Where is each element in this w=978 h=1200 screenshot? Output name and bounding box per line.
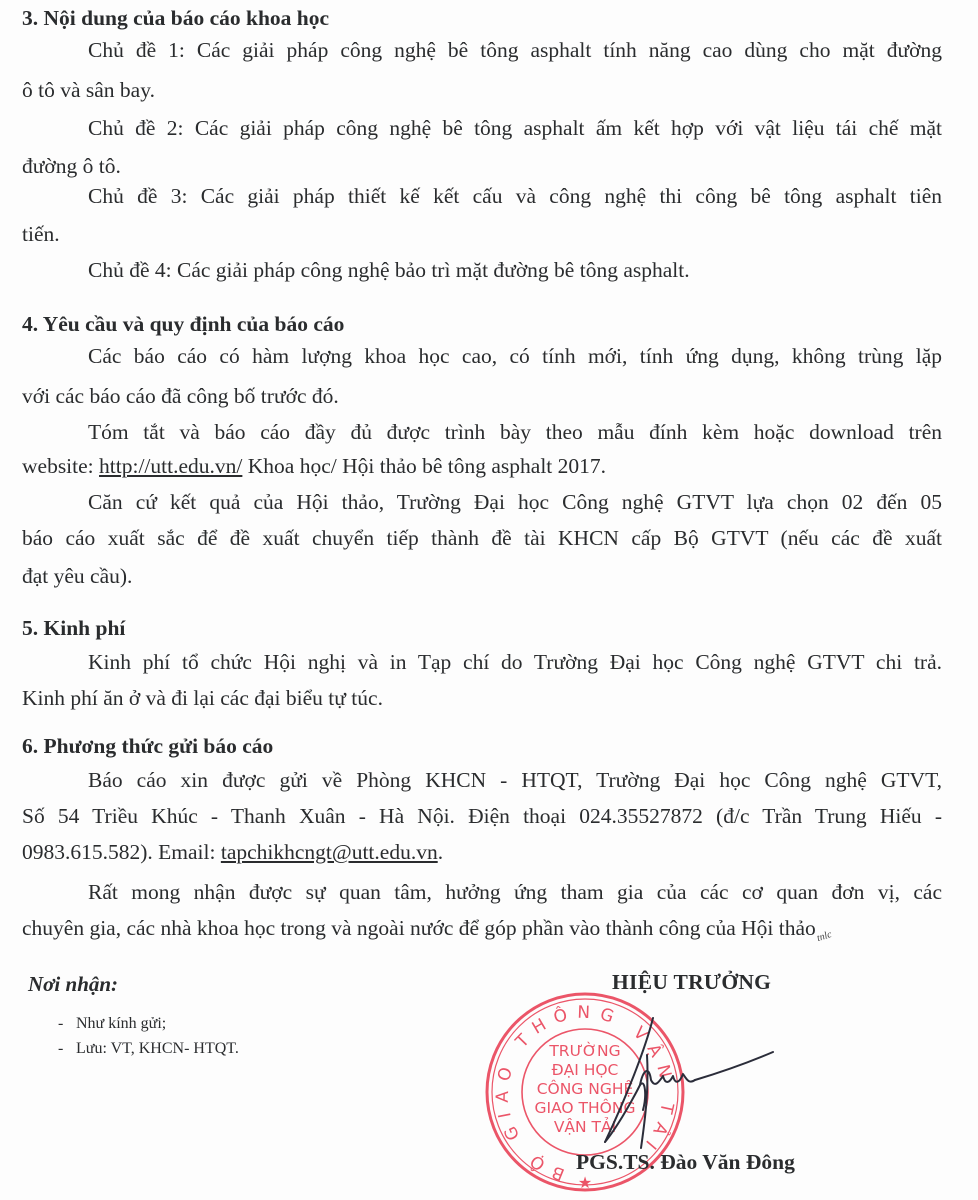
email-link[interactable]: tapchikhcngt@utt.edu.vn (221, 840, 438, 864)
website-link[interactable]: http://utt.edu.vn/ (99, 454, 242, 478)
requirements-line-3: Tóm tắt và báo cáo đầy đủ được trình bày… (88, 418, 942, 446)
submission-line-1: Báo cáo xin được gửi về Phòng KHCN - HTQ… (88, 766, 942, 794)
recipient-item: -Như kính gửi; (58, 1013, 166, 1035)
website-line: website: http://utt.edu.vn/ Khoa học/ Hộ… (22, 452, 942, 480)
submission-line-2: Số 54 Triều Khúc - Thanh Xuân - Hà Nội. … (22, 802, 942, 830)
topic-4-line-1: Chủ đề 4: Các giải pháp công nghệ bảo tr… (88, 256, 942, 284)
recipient-item: -Lưu: VT, KHCN- HTQT. (58, 1038, 239, 1060)
topic-3-line-1: Chủ đề 3: Các giải pháp thiết kế kết cấu… (88, 182, 942, 210)
topic-1-line-1: Chủ đề 1: Các giải pháp công nghệ bê tôn… (88, 36, 942, 64)
website-prefix: website: (22, 454, 99, 478)
section-heading-submission: 6. Phương thức gửi báo cáo (22, 732, 942, 760)
closing-text: chuyên gia, các nhà khoa học trong và ng… (22, 916, 816, 940)
requirements-line-2: với các báo cáo đã công bố trước đó. (22, 382, 942, 410)
email-suffix: . (438, 840, 443, 864)
section-heading-funding: 5. Kinh phí (22, 614, 942, 642)
selection-line-3: đạt yêu cầu). (22, 562, 942, 590)
funding-line-1: Kinh phí tổ chức Hội nghị và in Tạp chí … (88, 648, 942, 676)
topic-2-line-1: Chủ đề 2: Các giải pháp công nghệ bê tôn… (88, 114, 942, 142)
email-prefix: 0983.615.582). Email: (22, 840, 221, 864)
requirements-line-1: Các báo cáo có hàm lượng khoa học cao, c… (88, 342, 942, 370)
recipient-text: Như kính gửi; (76, 1015, 166, 1032)
closing-line-1: Rất mong nhận được sự quan tâm, hưởng ứn… (88, 878, 942, 906)
recipient-text: Lưu: VT, KHCN- HTQT. (76, 1040, 239, 1057)
recipients-title: Nơi nhận: (28, 972, 118, 997)
initial-mark: tnlc (813, 921, 836, 952)
bullet: - (58, 1013, 76, 1035)
topic-2-line-2: đường ô tô. (22, 152, 942, 180)
closing-line-2: chuyên gia, các nhà khoa học trong và ng… (22, 914, 942, 951)
email-line: 0983.615.582). Email: tapchikhcngt@utt.e… (22, 838, 942, 866)
handwritten-signature-icon (585, 1010, 775, 1160)
section-heading-content: 3. Nội dung của báo cáo khoa học (22, 4, 942, 32)
bullet: - (58, 1038, 76, 1060)
svg-text:★: ★ (578, 1173, 592, 1192)
topic-3-line-2: tiến. (22, 220, 942, 248)
funding-line-2: Kinh phí ăn ở và đi lại các đại biểu tự … (22, 684, 942, 712)
section-heading-requirements: 4. Yêu cầu và quy định của báo cáo (22, 310, 942, 338)
selection-line-2: báo cáo xuất sắc để đề xuất chuyển tiếp … (22, 524, 942, 552)
selection-line-1: Căn cứ kết quả của Hội thảo, Trường Đại … (88, 488, 942, 516)
website-suffix: Khoa học/ Hội thảo bê tông asphalt 2017. (242, 454, 606, 478)
topic-1-line-2: ô tô và sân bay. (22, 76, 942, 104)
document-page: 3. Nội dung của báo cáo khoa học Chủ đề … (0, 0, 978, 1200)
